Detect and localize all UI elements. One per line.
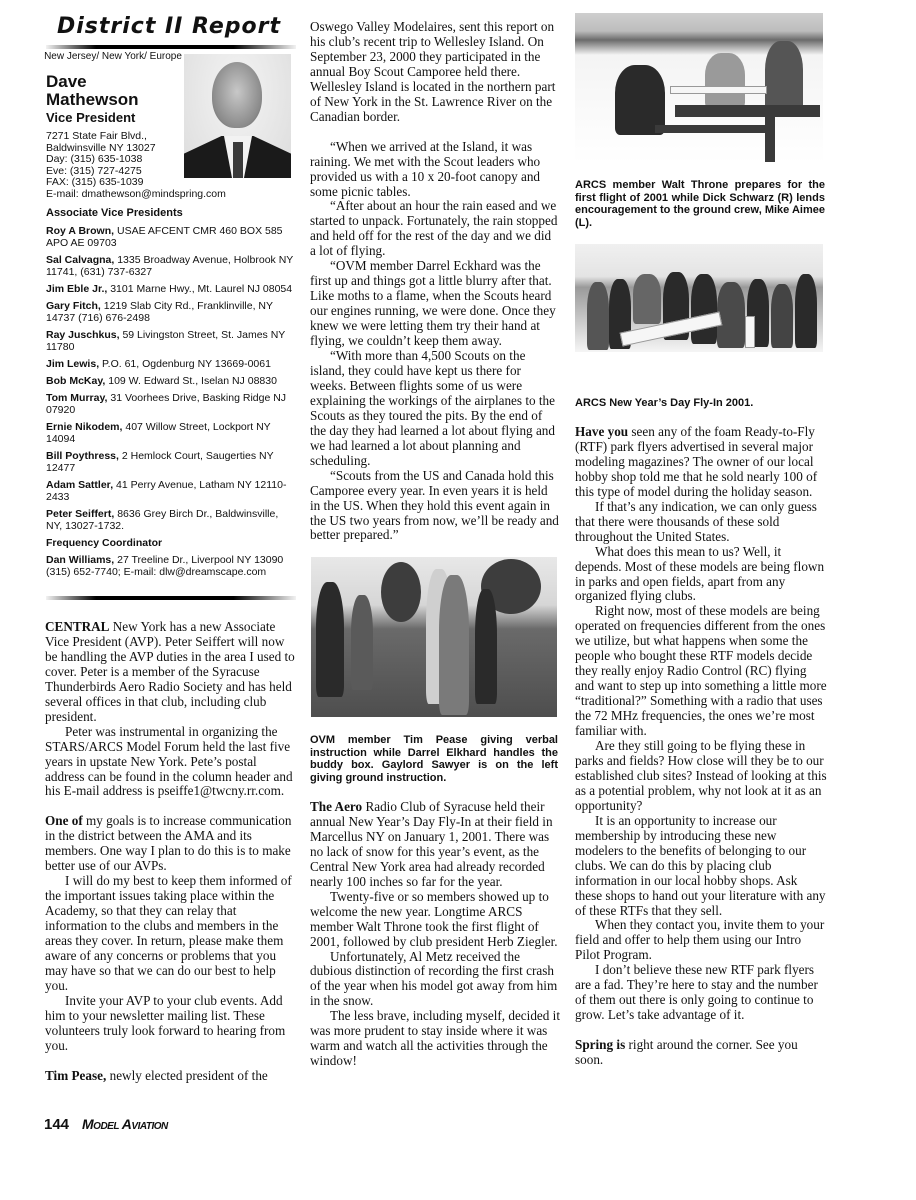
paragraph: Invite your AVP to your club events. Add… — [45, 994, 297, 1054]
column-3-text: Have you seen any of the foam Ready-to-F… — [575, 425, 827, 1068]
avp-entry: Bob McKay, 109 W. Edward St., Iselan NJ … — [46, 375, 296, 387]
avp-address: 109 W. Edward St., Iselan NJ 08830 — [105, 375, 277, 387]
paragraph: The less brave, including myself, decide… — [310, 1009, 560, 1069]
coordinator-name: Dan Williams, — [46, 554, 114, 566]
paragraph-text: my goals is to increase communication in… — [45, 813, 292, 873]
snow-photo-caption: ARCS member Walt Throne prepares for the… — [575, 179, 825, 229]
vp-email: E-mail: dmathewson@mindspring.com — [46, 189, 296, 201]
avp-name: Roy A Brown, — [46, 225, 114, 237]
avp-name: Bill Poythress, — [46, 450, 119, 462]
avp-name: Jim Eble Jr., — [46, 283, 107, 295]
frequency-coordinator-entry: Dan Williams, 27 Treeline Dr., Liverpool… — [46, 554, 296, 578]
paragraph-text: New York has a new Associate Vice Presid… — [45, 619, 295, 724]
frequency-coordinator-heading: Frequency Coordinator — [46, 537, 296, 549]
avp-name: Tom Murray, — [46, 392, 107, 404]
paragraph: Peter was instrumental in organizing the… — [45, 725, 297, 800]
avp-entry: Jim Lewis, P.O. 61, Ogdenburg NY 13669-0… — [46, 358, 296, 370]
avp-name: Ray Juschkus, — [46, 329, 120, 341]
avp-entry: Jim Eble Jr., 3101 Marne Hwy., Mt. Laure… — [46, 283, 296, 295]
avp-address: 3101 Marne Hwy., Mt. Laurel NJ 08054 — [107, 283, 292, 295]
portrait-tie — [233, 142, 243, 178]
avp-name: Ernie Nikodem, — [46, 421, 122, 433]
paragraph: “After about an hour the rain eased and … — [310, 199, 560, 259]
paragraph-text: newly elected president of the — [106, 1068, 267, 1083]
avp-list: Roy A Brown, USAE AFCENT CMR 460 BOX 585… — [46, 225, 296, 583]
avp-entry: Roy A Brown, USAE AFCENT CMR 460 BOX 585… — [46, 225, 296, 249]
paragraph: Right now, most of these models are bein… — [575, 604, 827, 739]
avp-entry: Ray Juschkus, 59 Livingston Street, St. … — [46, 329, 296, 353]
paragraph: Spring is right around the corner. See y… — [575, 1038, 827, 1068]
column-1-text: CENTRAL New York has a new Associate Vic… — [45, 620, 297, 1084]
field-flying-photo — [311, 557, 557, 717]
avp-name: Jim Lewis, — [46, 358, 99, 370]
avp-entry: Peter Seiffert, 8636 Grey Birch Dr., Bal… — [46, 508, 296, 532]
vp-portrait-photo — [184, 54, 291, 178]
header-bottom-rule — [46, 596, 296, 600]
paragraph: One of my goals is to increase communica… — [45, 814, 297, 874]
vp-name: Dave Mathewson — [46, 73, 176, 109]
lead-in: CENTRAL — [45, 619, 109, 634]
avp-name: Sal Calvagna, — [46, 254, 114, 266]
avp-entry: Bill Poythress, 2 Hemlock Court, Saugert… — [46, 450, 296, 474]
avp-name: Gary Fitch, — [46, 300, 101, 312]
avp-heading: Associate Vice Presidents — [46, 207, 183, 219]
avp-name: Adam Sattler, — [46, 479, 113, 491]
paragraph: I don’t believe these new RTF park flyer… — [575, 963, 827, 1023]
paragraph: “Scouts from the US and Canada hold this… — [310, 469, 560, 544]
paragraph: Have you seen any of the foam Ready-to-F… — [575, 425, 827, 500]
paragraph: I will do my best to keep them informed … — [45, 874, 297, 994]
column-2-text-top: Oswego Valley Modelaires, sent this repo… — [310, 20, 560, 543]
lead-in: Have you — [575, 424, 628, 439]
avp-address: P.O. 61, Ogdenburg NY 13669-0061 — [99, 358, 271, 370]
lead-in: The Aero — [310, 799, 362, 814]
paragraph: Unfortunately, Al Metz received the dubi… — [310, 950, 560, 1010]
district-region: New Jersey/ New York/ Europe — [44, 52, 182, 62]
avp-entry: Sal Calvagna, 1335 Broadway Avenue, Holb… — [46, 254, 296, 278]
section-title: District II Report — [40, 14, 298, 39]
paragraph: Tim Pease, newly elected president of th… — [45, 1069, 297, 1084]
paragraph: “When we arrived at the Island, it was r… — [310, 140, 560, 200]
lead-in: Tim Pease, — [45, 1068, 106, 1083]
title-rule — [46, 45, 296, 49]
snow-picnic-table-photo — [575, 13, 823, 163]
avp-entry: Gary Fitch, 1219 Slab City Rd., Franklin… — [46, 300, 296, 324]
vp-fax: FAX: (315) 635-1039 — [46, 177, 296, 189]
paragraph: The Aero Radio Club of Syracuse held the… — [310, 800, 560, 890]
page-number: 144 — [44, 1116, 69, 1133]
avp-entry: Adam Sattler, 41 Perry Avenue, Latham NY… — [46, 479, 296, 503]
paragraph: It is an opportunity to increase our mem… — [575, 814, 827, 919]
avp-entry: Tom Murray, 31 Voorhees Drive, Basking R… — [46, 392, 296, 416]
paragraph: “With more than 4,500 Scouts on the isla… — [310, 349, 560, 469]
vp-title: Vice President — [46, 110, 135, 125]
avp-entry: Ernie Nikodem, 407 Willow Street, Lockpo… — [46, 421, 296, 445]
lead-in: One of — [45, 813, 83, 828]
column-2-text-bottom: The Aero Radio Club of Syracuse held the… — [310, 800, 560, 1069]
paragraph: If that’s any indication, we can only gu… — [575, 500, 827, 545]
paragraph: When they contact you, invite them to yo… — [575, 918, 827, 963]
paragraph: Are they still going to be flying these … — [575, 739, 827, 814]
paragraph: What does this mean to us? Well, it depe… — [575, 545, 827, 605]
portrait-head — [212, 62, 262, 128]
field-photo-caption: OVM member Tim Pease giving verbal instr… — [310, 734, 558, 784]
paragraph: Twenty-five or so members showed up to w… — [310, 890, 560, 950]
paragraph: “OVM member Darrel Eckhard was the first… — [310, 259, 560, 349]
paragraph: Oswego Valley Modelaires, sent this repo… — [310, 20, 560, 125]
group-fly-in-photo — [575, 244, 823, 352]
magazine-name: Model Aviation — [82, 1116, 168, 1132]
lead-in: Spring is — [575, 1037, 625, 1052]
avp-name: Peter Seiffert, — [46, 508, 114, 520]
group-photo-caption: ARCS New Year’s Day Fly-In 2001. — [575, 397, 825, 410]
paragraph: CENTRAL New York has a new Associate Vic… — [45, 620, 297, 725]
avp-name: Bob McKay, — [46, 375, 105, 387]
